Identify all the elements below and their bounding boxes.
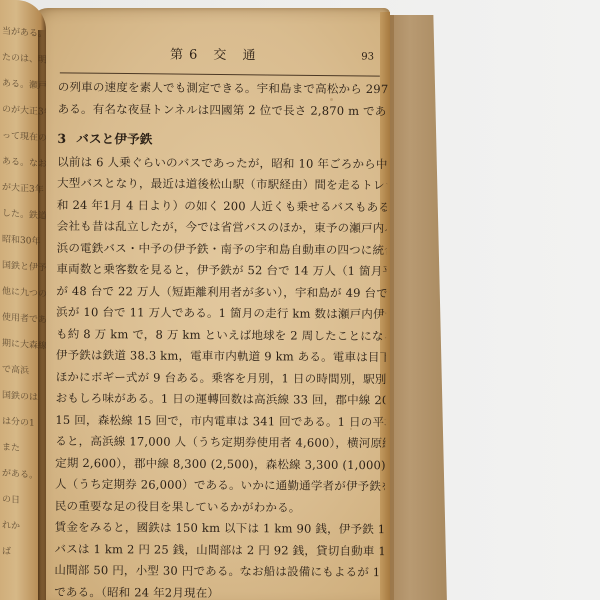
- text-line: 国鉄のは: [2, 383, 42, 412]
- text-line: って現在の瀬: [2, 123, 42, 152]
- text-line: の列車の速度を素人でも測定できる。宇和島まで高松から 297 km: [58, 77, 388, 101]
- text-line: 車両数と乗客数を見ると，伊予鉄が 52 台で 14 万人（1 箇月平均），瀬戸内: [56, 259, 386, 283]
- text-line: の日: [2, 487, 42, 516]
- book-gutter: [38, 30, 46, 600]
- text-line: 山間部 50 円，小型 30 円である。なお船は設備にもよるが 1 km 1～2…: [54, 560, 384, 584]
- text-line: ば: [2, 539, 42, 568]
- text-line: 大型バスとなり，最近は道後松山駅（市駅経由）間を走るトレラーバス（昭: [57, 173, 387, 197]
- text-line: 定期 2,600），郡中線 8,300 (2,500)，森松線 3,300 (1…: [55, 452, 385, 476]
- text-line: である。（昭和 24 年2月現在）: [54, 581, 384, 600]
- text-line: ある。有名な夜昼トンネルは四國第 2 位で長さ 2,870 m である。: [58, 98, 388, 122]
- text-line: が 48 台で 22 万人（短距離利用者が多い），宇和島が 49 台で 7 万人…: [56, 280, 386, 304]
- section-title: バスと伊予鉄: [76, 131, 152, 147]
- text-line: のが大正3年: [2, 97, 42, 126]
- text-line: 国鉄と伊予: [2, 253, 42, 282]
- text-line: 和 24 年1月 4 日より）の如く 200 人近くも乗せるバスもある。自動車: [57, 194, 387, 218]
- text-line: ある。瀬戸内: [2, 71, 42, 100]
- text-line: 浜が 10 台で 11 万人である。1 箇月の走行 km 数は瀬戸内伊予鉄宇和島…: [56, 302, 386, 326]
- page-number: 93: [361, 51, 374, 62]
- paragraph-fares: 賃金をみると，國鉄は 150 km 以下は 1 km 90 銭，伊予鉄 1 円 …: [54, 517, 385, 600]
- text-line: 期に大森線: [2, 331, 42, 360]
- text-line: 民の重要な足の役目を果しているかがわかる。: [55, 495, 385, 519]
- text-line: 賃金をみると，國鉄は 150 km 以下は 1 km 90 銭，伊予鉄 1 円 …: [55, 517, 385, 541]
- text-line: ると，高浜線 17,000 人（うち定期券使用者 4,600），横河原線 8,8…: [55, 431, 385, 455]
- text-line: 他に九つの: [2, 279, 42, 308]
- text-line: ある。なお当: [2, 149, 42, 178]
- paragraph-iyotetsu: 伊予鉄は鉄道 38.3 km，電車市内軌道 9 km ある。電車は目下 22 台…: [55, 345, 386, 519]
- text-line: 浜の電鉄バス・中予の伊予鉄・南予の宇和島自動車の四つに統合された。: [57, 237, 387, 261]
- text-line: ほかにボギー式が 9 台ある。乗客を月別，1 日の時間別，駅別に調べると: [56, 366, 386, 390]
- text-line: 当がある。: [2, 19, 42, 48]
- page-body: の列車の速度を素人でも測定できる。宇和島まで高松から 297 km ある。有名な…: [54, 77, 388, 600]
- text-line: も約 8 万 km で，8 万 km といえば地球を 2 周したことになる。: [56, 323, 386, 347]
- running-head: 第6 交 通: [170, 43, 262, 63]
- text-line: 使用者であ: [2, 305, 42, 334]
- paragraph-bus: 以前は 6 人乗ぐらいのバスであったが，昭和 10 年ごろから中型および 大型バ…: [56, 151, 387, 347]
- text-line: がある。: [2, 461, 42, 490]
- text-line: れか: [2, 513, 42, 542]
- text-line: で高浜: [2, 357, 42, 386]
- text-line: おもしろ味がある。1 日の運轉回数は高浜線 33 回，郡中線 20 回，横河原線: [56, 388, 386, 412]
- text-line: たのは、明治: [2, 45, 42, 74]
- section-number: 3: [57, 131, 66, 146]
- book-back-cover: [385, 15, 447, 600]
- text-line: が大正3年: [2, 175, 42, 204]
- photo-scene: 第6 交 通 93 の列車の速度を素人でも測定できる。宇和島まで高松から 297…: [0, 0, 600, 600]
- text-line: 昭和30年: [2, 227, 42, 256]
- text-line: 会社も昔は乱立したが，今では省営バスのほか，東予の瀬戸内バス・新居: [57, 216, 387, 240]
- page-header: 第6 交 通 93: [60, 42, 380, 76]
- text-line: 15 回，森松線 15 回で，市内電車は 341 回である。1 日の平均乗客数を…: [55, 409, 385, 433]
- text-line: 人（うち定期券 26,000）である。いかに通勤通学者が伊予鉄を利用し，市: [55, 474, 385, 498]
- section-heading: 3バスと伊予鉄: [57, 128, 387, 152]
- text-line: した。鉄道: [2, 201, 42, 230]
- text-line: また: [2, 435, 42, 464]
- text-line: は分の1: [2, 409, 42, 438]
- text-line: バスは 1 km 2 円 25 銭，山間部は 2 円 92 銭，貸切自動車 1 …: [54, 538, 384, 562]
- text-line: 伊予鉄は鉄道 38.3 km，電車市内軌道 9 km ある。電車は目下 22 台…: [56, 345, 386, 369]
- left-page-text: 当がある。 たのは、明治 ある。瀬戸内 のが大正3年 って現在の瀬 ある。なお当…: [2, 19, 42, 568]
- text-line: 以前は 6 人乗ぐらいのバスであったが，昭和 10 年ごろから中型および: [57, 151, 387, 175]
